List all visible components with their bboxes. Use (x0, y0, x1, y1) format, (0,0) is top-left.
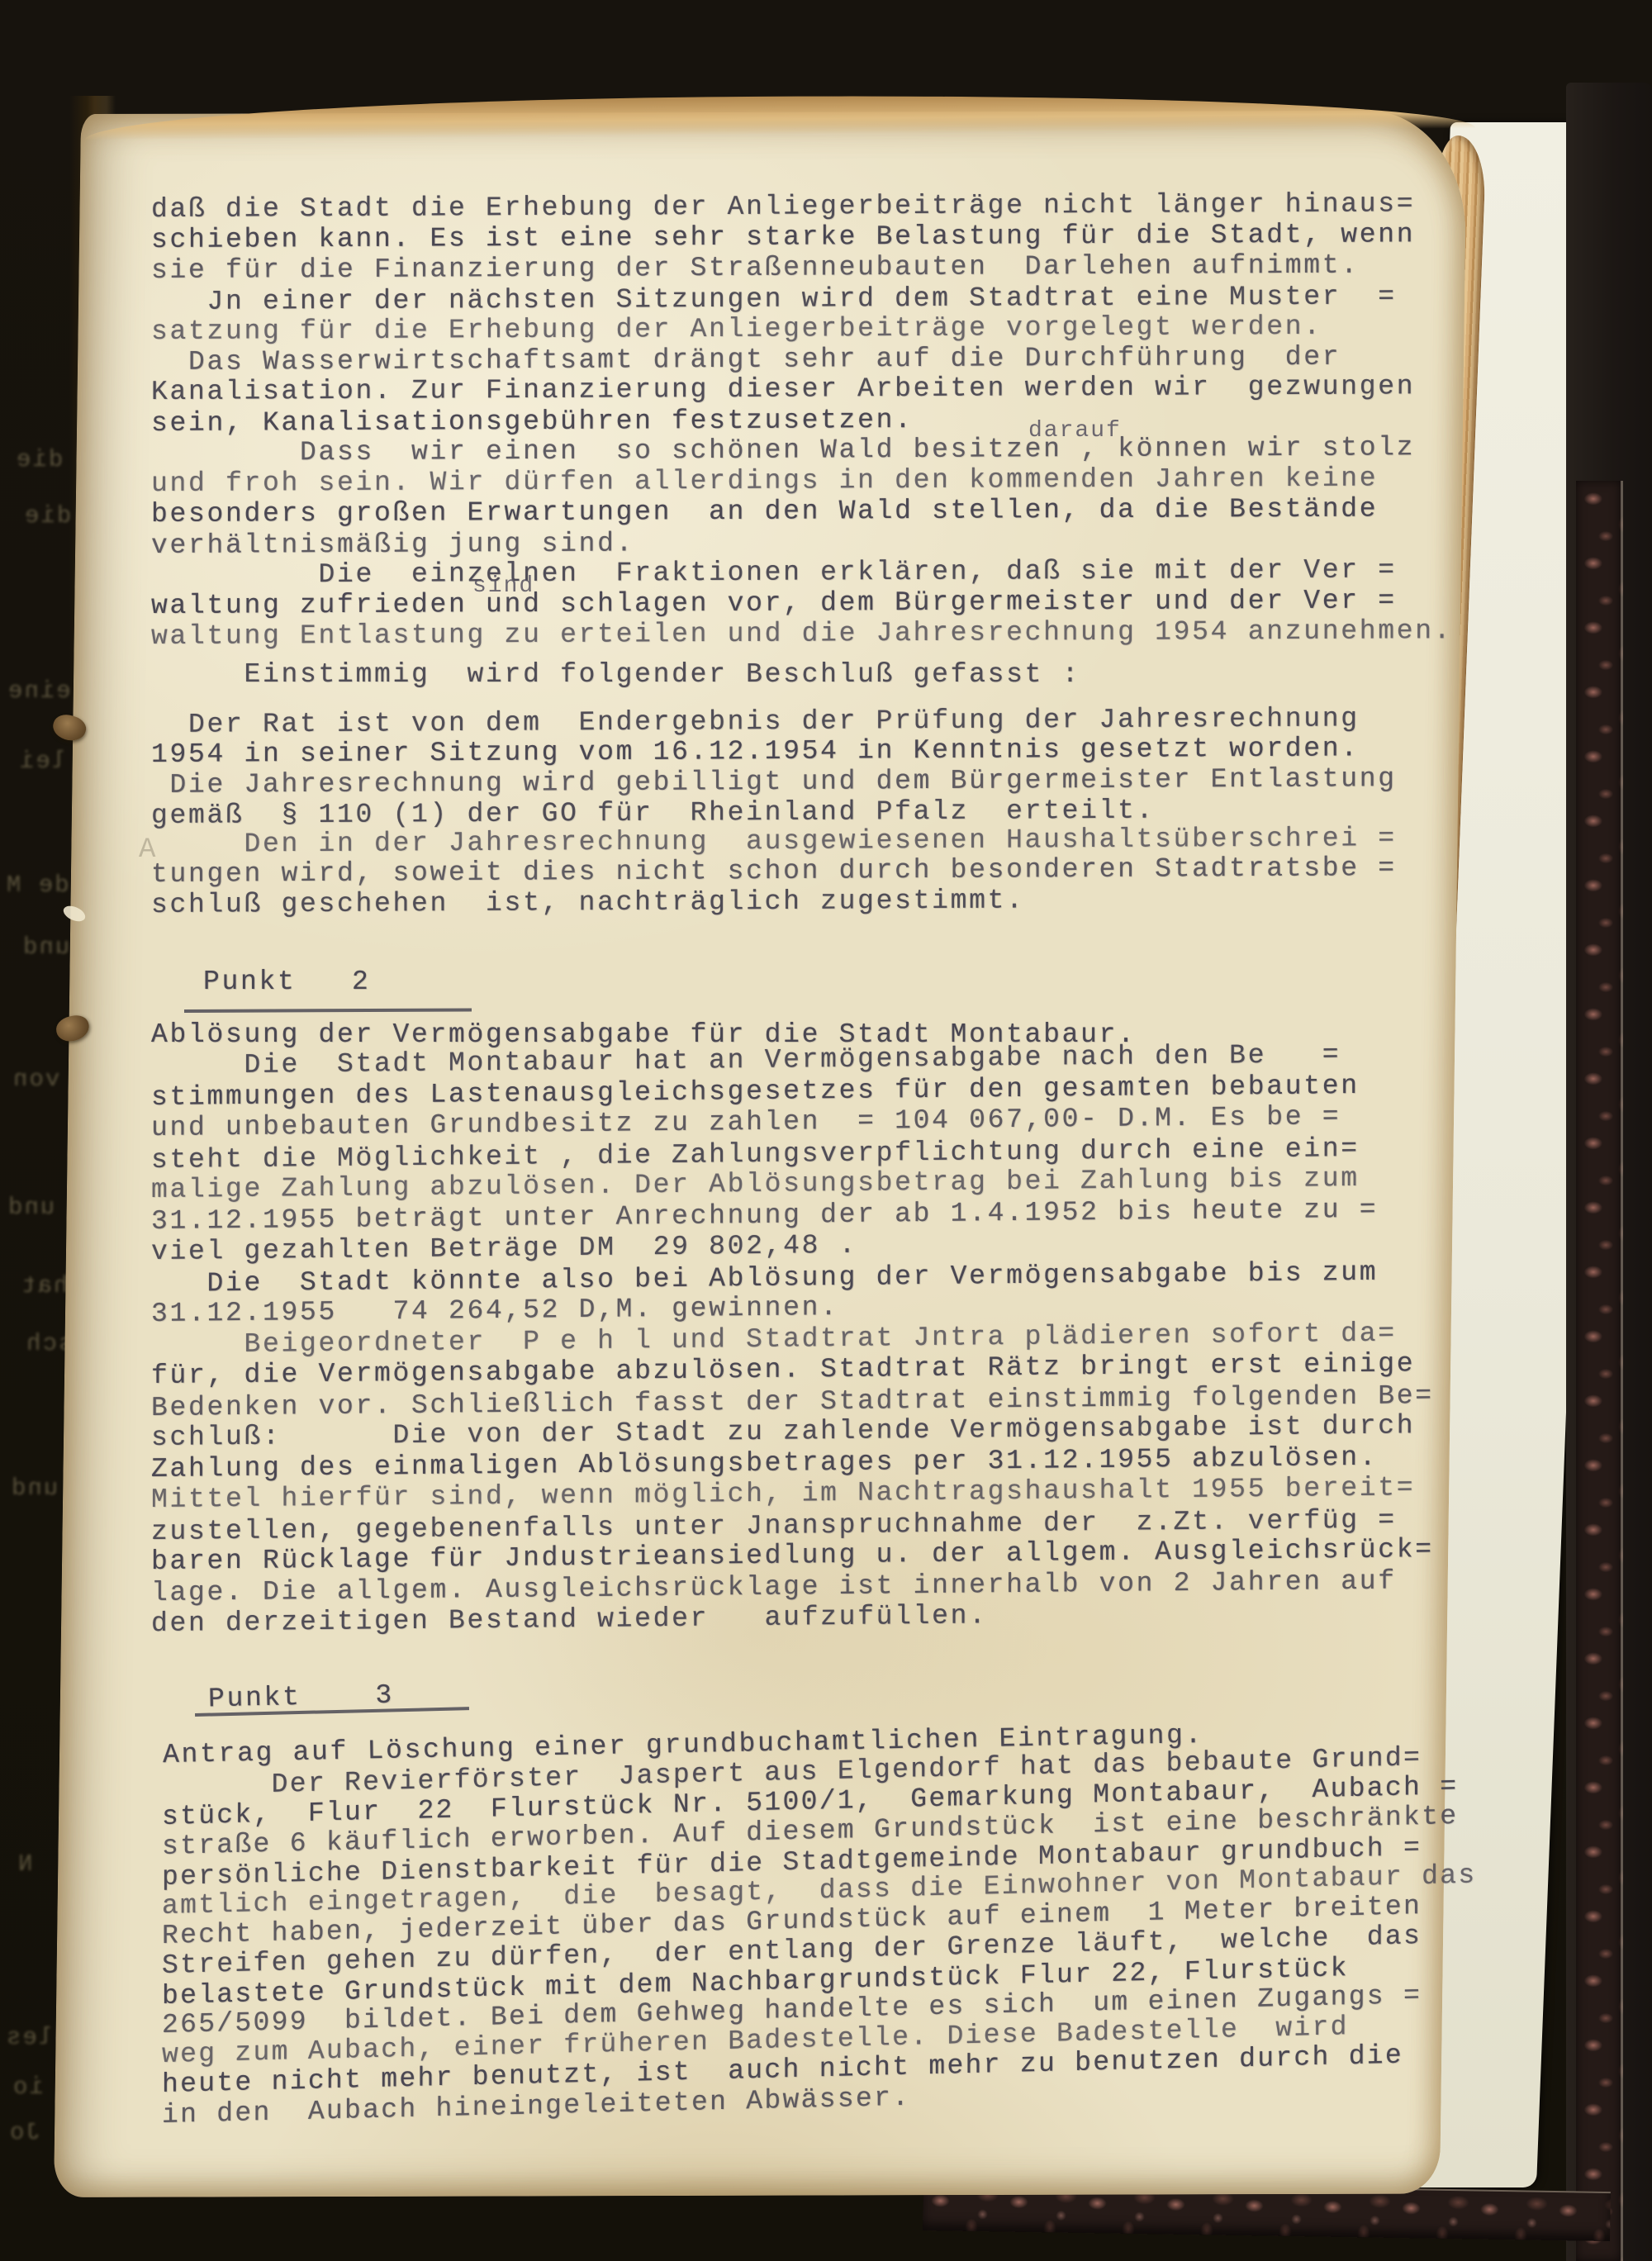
paragraph-beschluss-jahresrechnung: Der Rat ist von dem Endergebnis der Prüf… (151, 704, 1397, 920)
typed-insertion-sind: sind (472, 573, 534, 599)
faint-margin-mark: A (139, 834, 155, 866)
scanned-minutes-page: diedieeineleide MundvonundhatschundNlesi… (0, 0, 1652, 2261)
typewritten-line: waltung Entlastung zu erteilen und die J… (151, 616, 1452, 653)
typewritten-line: daß die Stadt die Erhebung der Anliegerb… (151, 189, 1452, 226)
typewritten-text-layer: daß die Stadt die Erhebung der Anliegerb… (0, 0, 1652, 2261)
section-heading-punkt-2: Punkt 2 (203, 967, 371, 997)
paragraph-anliegerbeitraege: daß die Stadt die Erhebung der Anliegerb… (151, 189, 1452, 652)
paragraph-punkt-3-grundbuch: Der Revierförster Jaspert aus Elgendorf … (162, 1741, 1476, 2130)
typewritten-line: und froh sein. Wir dürfen allerdings in … (151, 463, 1452, 500)
paragraph-punkt-2-vermoegensabgabe: Die Stadt Montabaur hat an Vermögensabga… (151, 1038, 1434, 1639)
typewritten-line: Die einzelnen Fraktionen erklären, daß s… (151, 555, 1452, 591)
typewritten-line: Kanalisation. Zur Finanzierung dieser Ar… (151, 373, 1452, 409)
typewritten-line: besonders großen Erwartungen an den Wald… (151, 494, 1452, 530)
typewritten-line: schluß geschehen ist, nachträglich zuges… (151, 884, 1397, 920)
heading-underline-punkt-2 (184, 1008, 472, 1013)
typewritten-line: Einstimmig wird folgender Beschluß gefas… (151, 659, 1080, 690)
typed-insertion-darauf: darauf (1028, 418, 1122, 444)
beschluss-intro-line: Einstimmig wird folgender Beschluß gefas… (151, 659, 1080, 690)
